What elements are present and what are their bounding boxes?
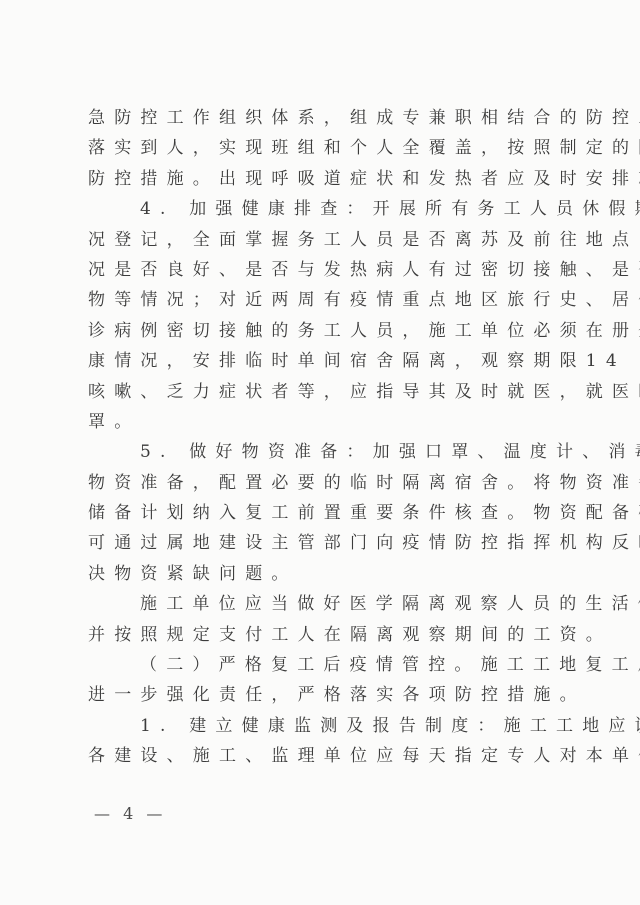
text-line: 可通过属地建设主管部门向疫情防控指挥机构反映，帮助协调解 bbox=[88, 528, 568, 558]
text-line: 防控措施。出现呼吸道症状和发热者应及时安排就医。 bbox=[88, 164, 568, 194]
paragraph-1-start: 1. 建立健康监测及报告制度：施工工地应设置体温测试点， bbox=[88, 711, 568, 741]
text-line: 罩。 bbox=[88, 407, 568, 437]
text-line: 咳嗽、乏力症状者等，应指导其及时就医，就医时应佩戴医用口 bbox=[88, 377, 568, 407]
document-body: 急防控工作组织体系，组成专兼职相结合的防控工作队伍，责任 落实到人，实现班组和个… bbox=[88, 103, 568, 772]
text-line: 储备计划纳入复工前置重要条件核查。物资配备确有困难的工地， bbox=[88, 498, 568, 528]
page-number: — 4 — bbox=[94, 804, 166, 823]
text-line: 各建设、施工、监理单位应每天指定专人对本单位从业人员进行 bbox=[88, 741, 568, 771]
text-line: 并按照规定支付工人在隔离观察期间的工资。 bbox=[88, 620, 568, 650]
paragraph-4-start: 4. 加强健康排查：开展所有务工人员休假期间的生活旅行情 bbox=[88, 194, 568, 224]
document-page: 急防控工作组织体系，组成专兼职相结合的防控工作队伍，责任 落实到人，实现班组和个… bbox=[0, 0, 640, 905]
text-line: 况登记，全面掌握务工人员是否离苏及前往地点（时间）、身体状 bbox=[88, 225, 568, 255]
paragraph-wages-start: 施工单位应当做好医学隔离观察人员的生活保障服务工作， bbox=[88, 589, 568, 619]
text-line: 落实到人，实现班组和个人全覆盖，按照制定的防控方案，落实 bbox=[88, 133, 568, 163]
paragraph-5-start: 5. 做好物资准备：加强口罩、温度计、消毒药械等疫情应对 bbox=[88, 437, 568, 467]
text-line: 诊病例密切接触的务工人员，施工单位必须在册登记并随访其健 bbox=[88, 316, 568, 346]
text-line: 急防控工作组织体系，组成专兼职相结合的防控工作队伍，责任 bbox=[88, 103, 568, 133]
text-line: 康情况，安排临时单间宿舍隔离，观察期限14 天；排查发现发热、 bbox=[88, 346, 568, 376]
text-line: 物等情况；对近两周有疫情重点地区旅行史、居住史返苏和与确 bbox=[88, 285, 568, 315]
text-line: 决物资紧缺问题。 bbox=[88, 559, 568, 589]
text-line: 进一步强化责任，严格落实各项防控措施。 bbox=[88, 680, 568, 710]
text-line: 物资准备，配置必要的临时隔离宿舍。将物资准备和物资消耗、 bbox=[88, 468, 568, 498]
section-2-heading: （二）严格复工后疫情管控。施工工地复工后，参建各方要 bbox=[88, 650, 568, 680]
text-line: 况是否良好、是否与发热病人有过密切接触、是否接触过野生动 bbox=[88, 255, 568, 285]
